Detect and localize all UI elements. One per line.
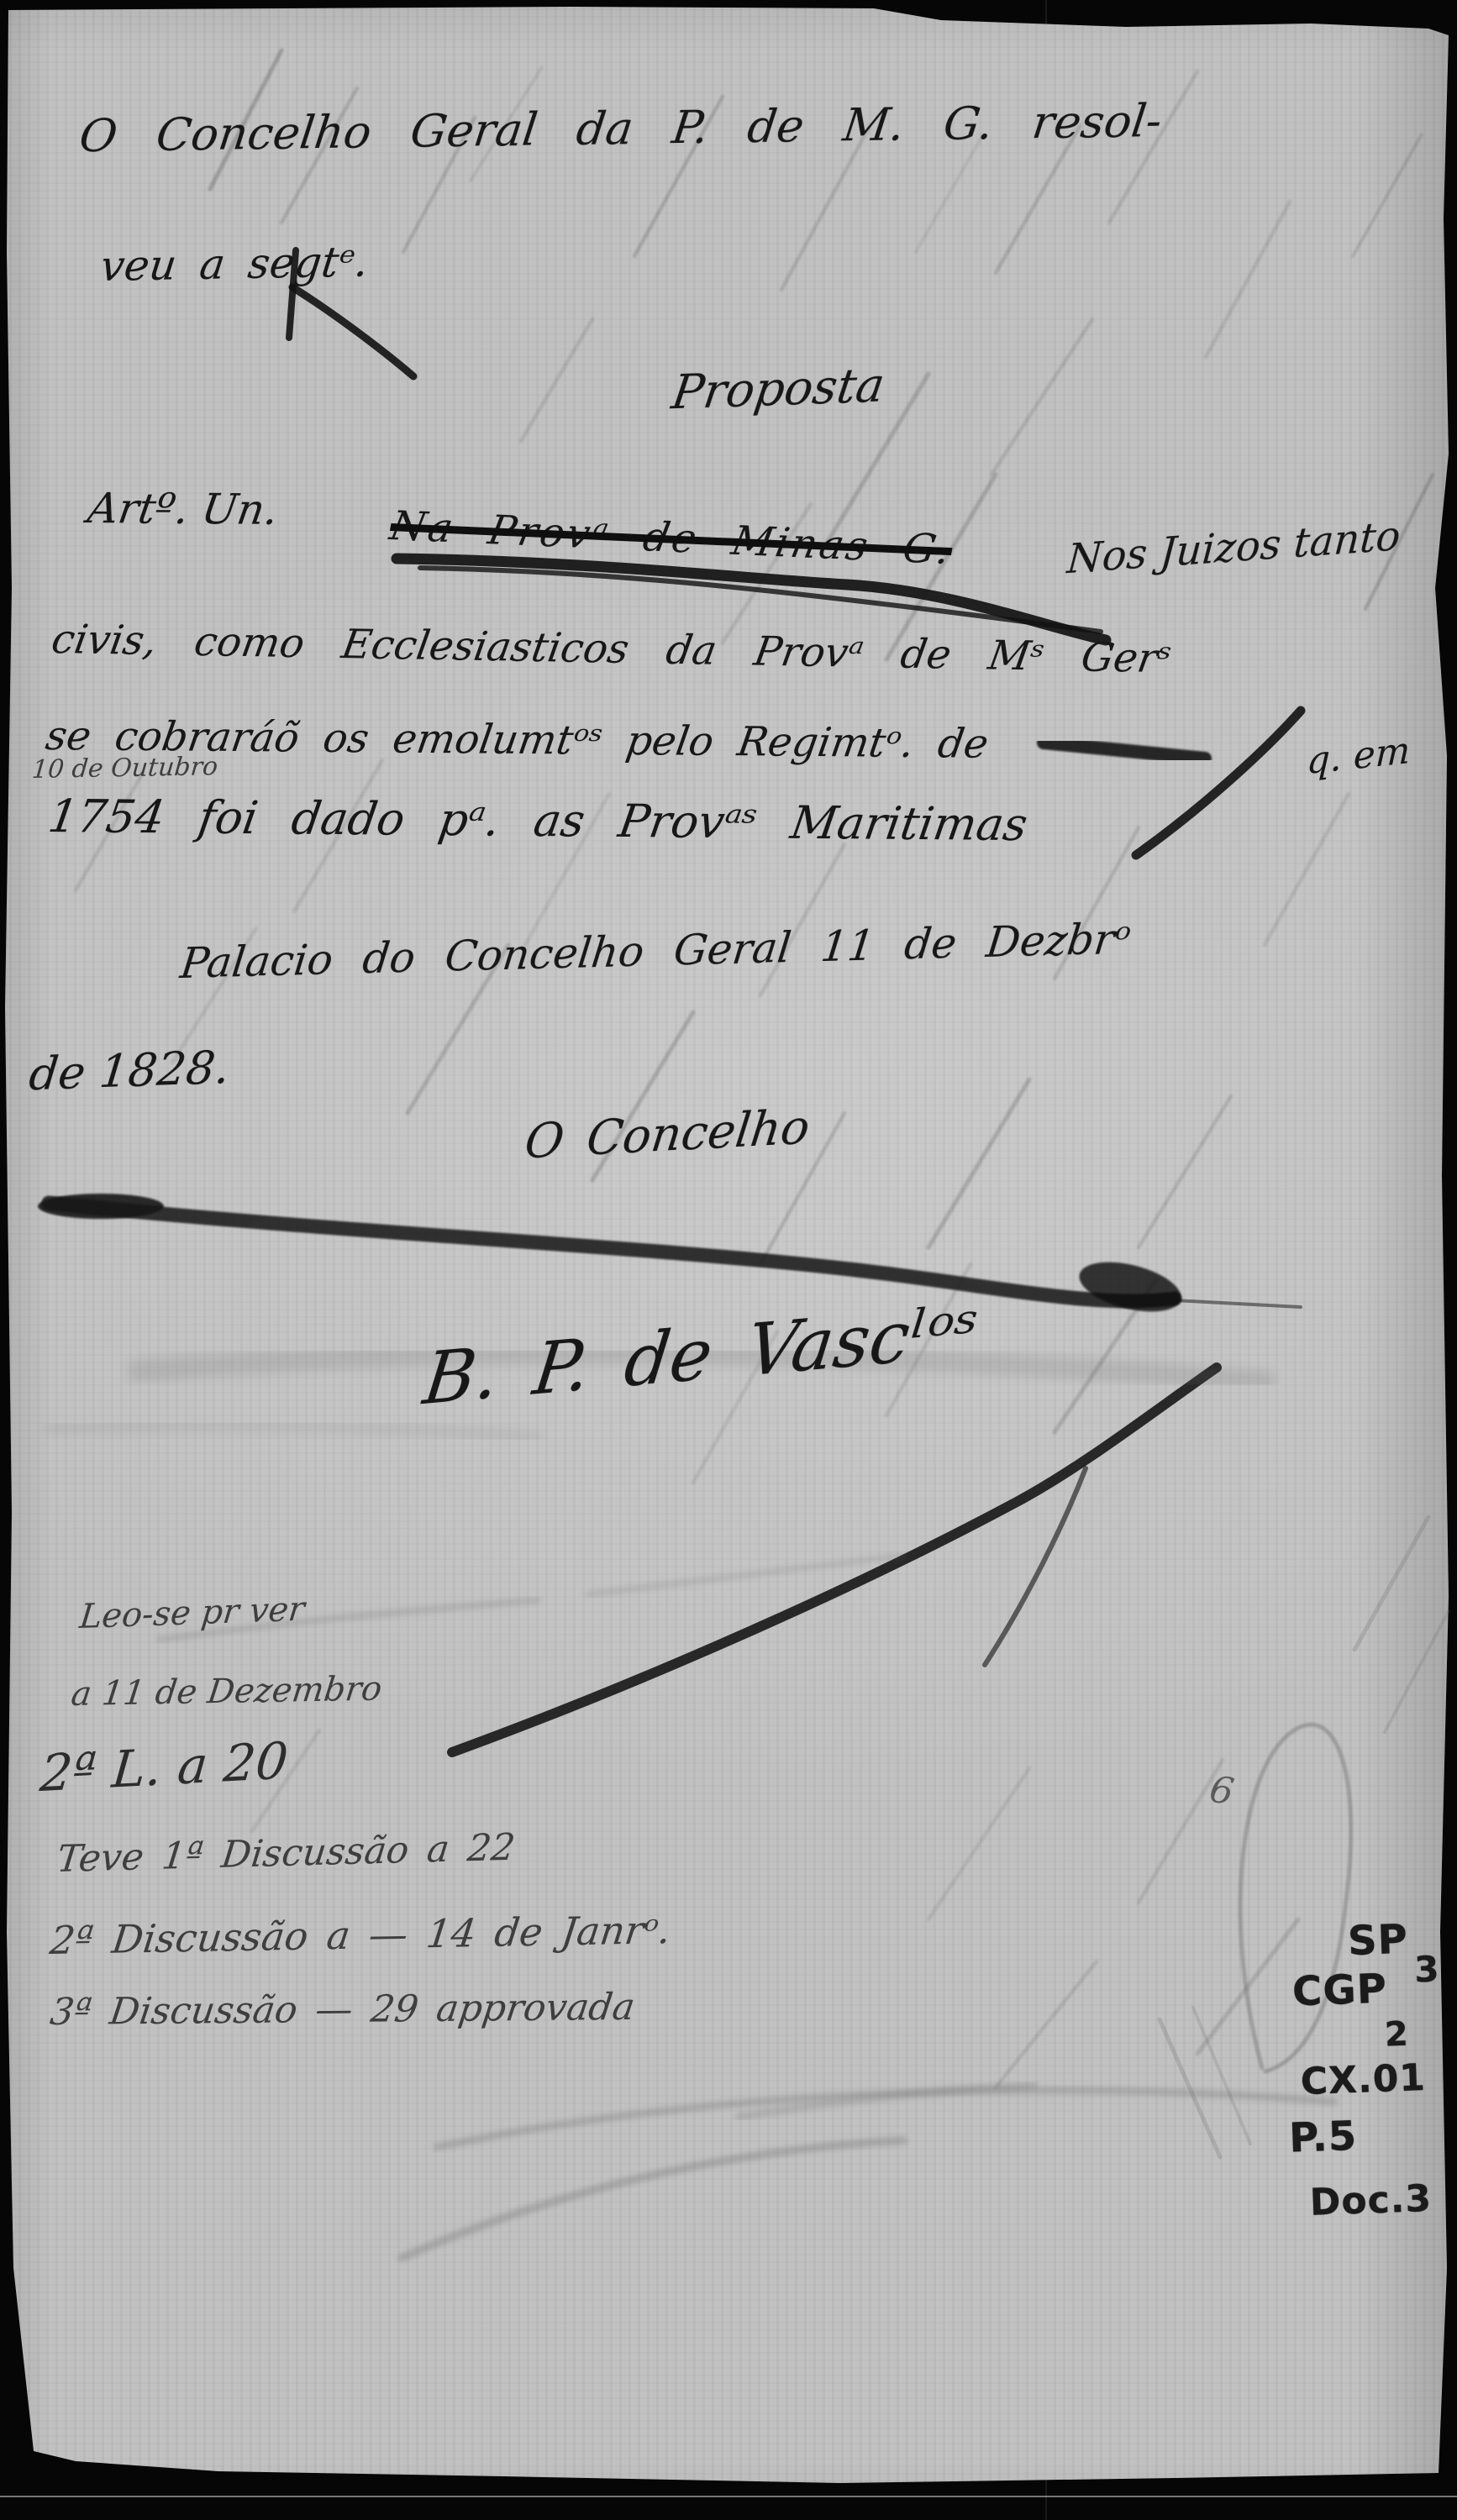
stamp-sp: SP <box>1347 1916 1409 1965</box>
body-line-4: 1754 foi dado pᵃ. as Provᵃˢ Maritimas <box>45 794 1030 848</box>
reading-note-3: 2ª L. a 20 <box>38 1735 290 1799</box>
interline-note: 10 de Outubro <box>31 754 219 783</box>
stamp-cgp: CGP <box>1291 1965 1388 2015</box>
proposal-title: Proposta <box>669 362 887 417</box>
closing-year: de 1828. <box>27 1045 232 1098</box>
stamp-p: P.5 <box>1288 2113 1358 2162</box>
stamp-doc: Doc.3 <box>1309 2177 1433 2224</box>
reading-note-1: Leo-se pr ver <box>78 1593 307 1635</box>
discussion-note-3: 3ª Discussão — 29 approvada <box>48 1989 637 2031</box>
discussion-note-2: 2ª Discussão a — 14 de Janrᵒ. <box>48 1910 673 1960</box>
body-line-3-end: q. em <box>1306 732 1411 780</box>
stamp-cgp-sup: 3 <box>1413 1948 1440 1990</box>
article-prefix: Artº. Un. <box>85 487 281 531</box>
reading-note-2: a 11 de Dezembro <box>70 1672 384 1712</box>
scan-artifact-line <box>0 2496 1457 2497</box>
header-line-2: veu a segtᵉ. <box>98 240 371 287</box>
stamp-cx: CX.01 <box>1300 2056 1427 2103</box>
scanned-manuscript-page: { "page": { "background_color": "#060606… <box>0 0 1457 2520</box>
archive-stamp: SP CGP 3 2 CX.01 P.5 Doc.3 <box>1286 1914 1457 2256</box>
paper-fold-line <box>1045 0 1047 2520</box>
stamp-between: 2 <box>1384 2015 1409 2055</box>
